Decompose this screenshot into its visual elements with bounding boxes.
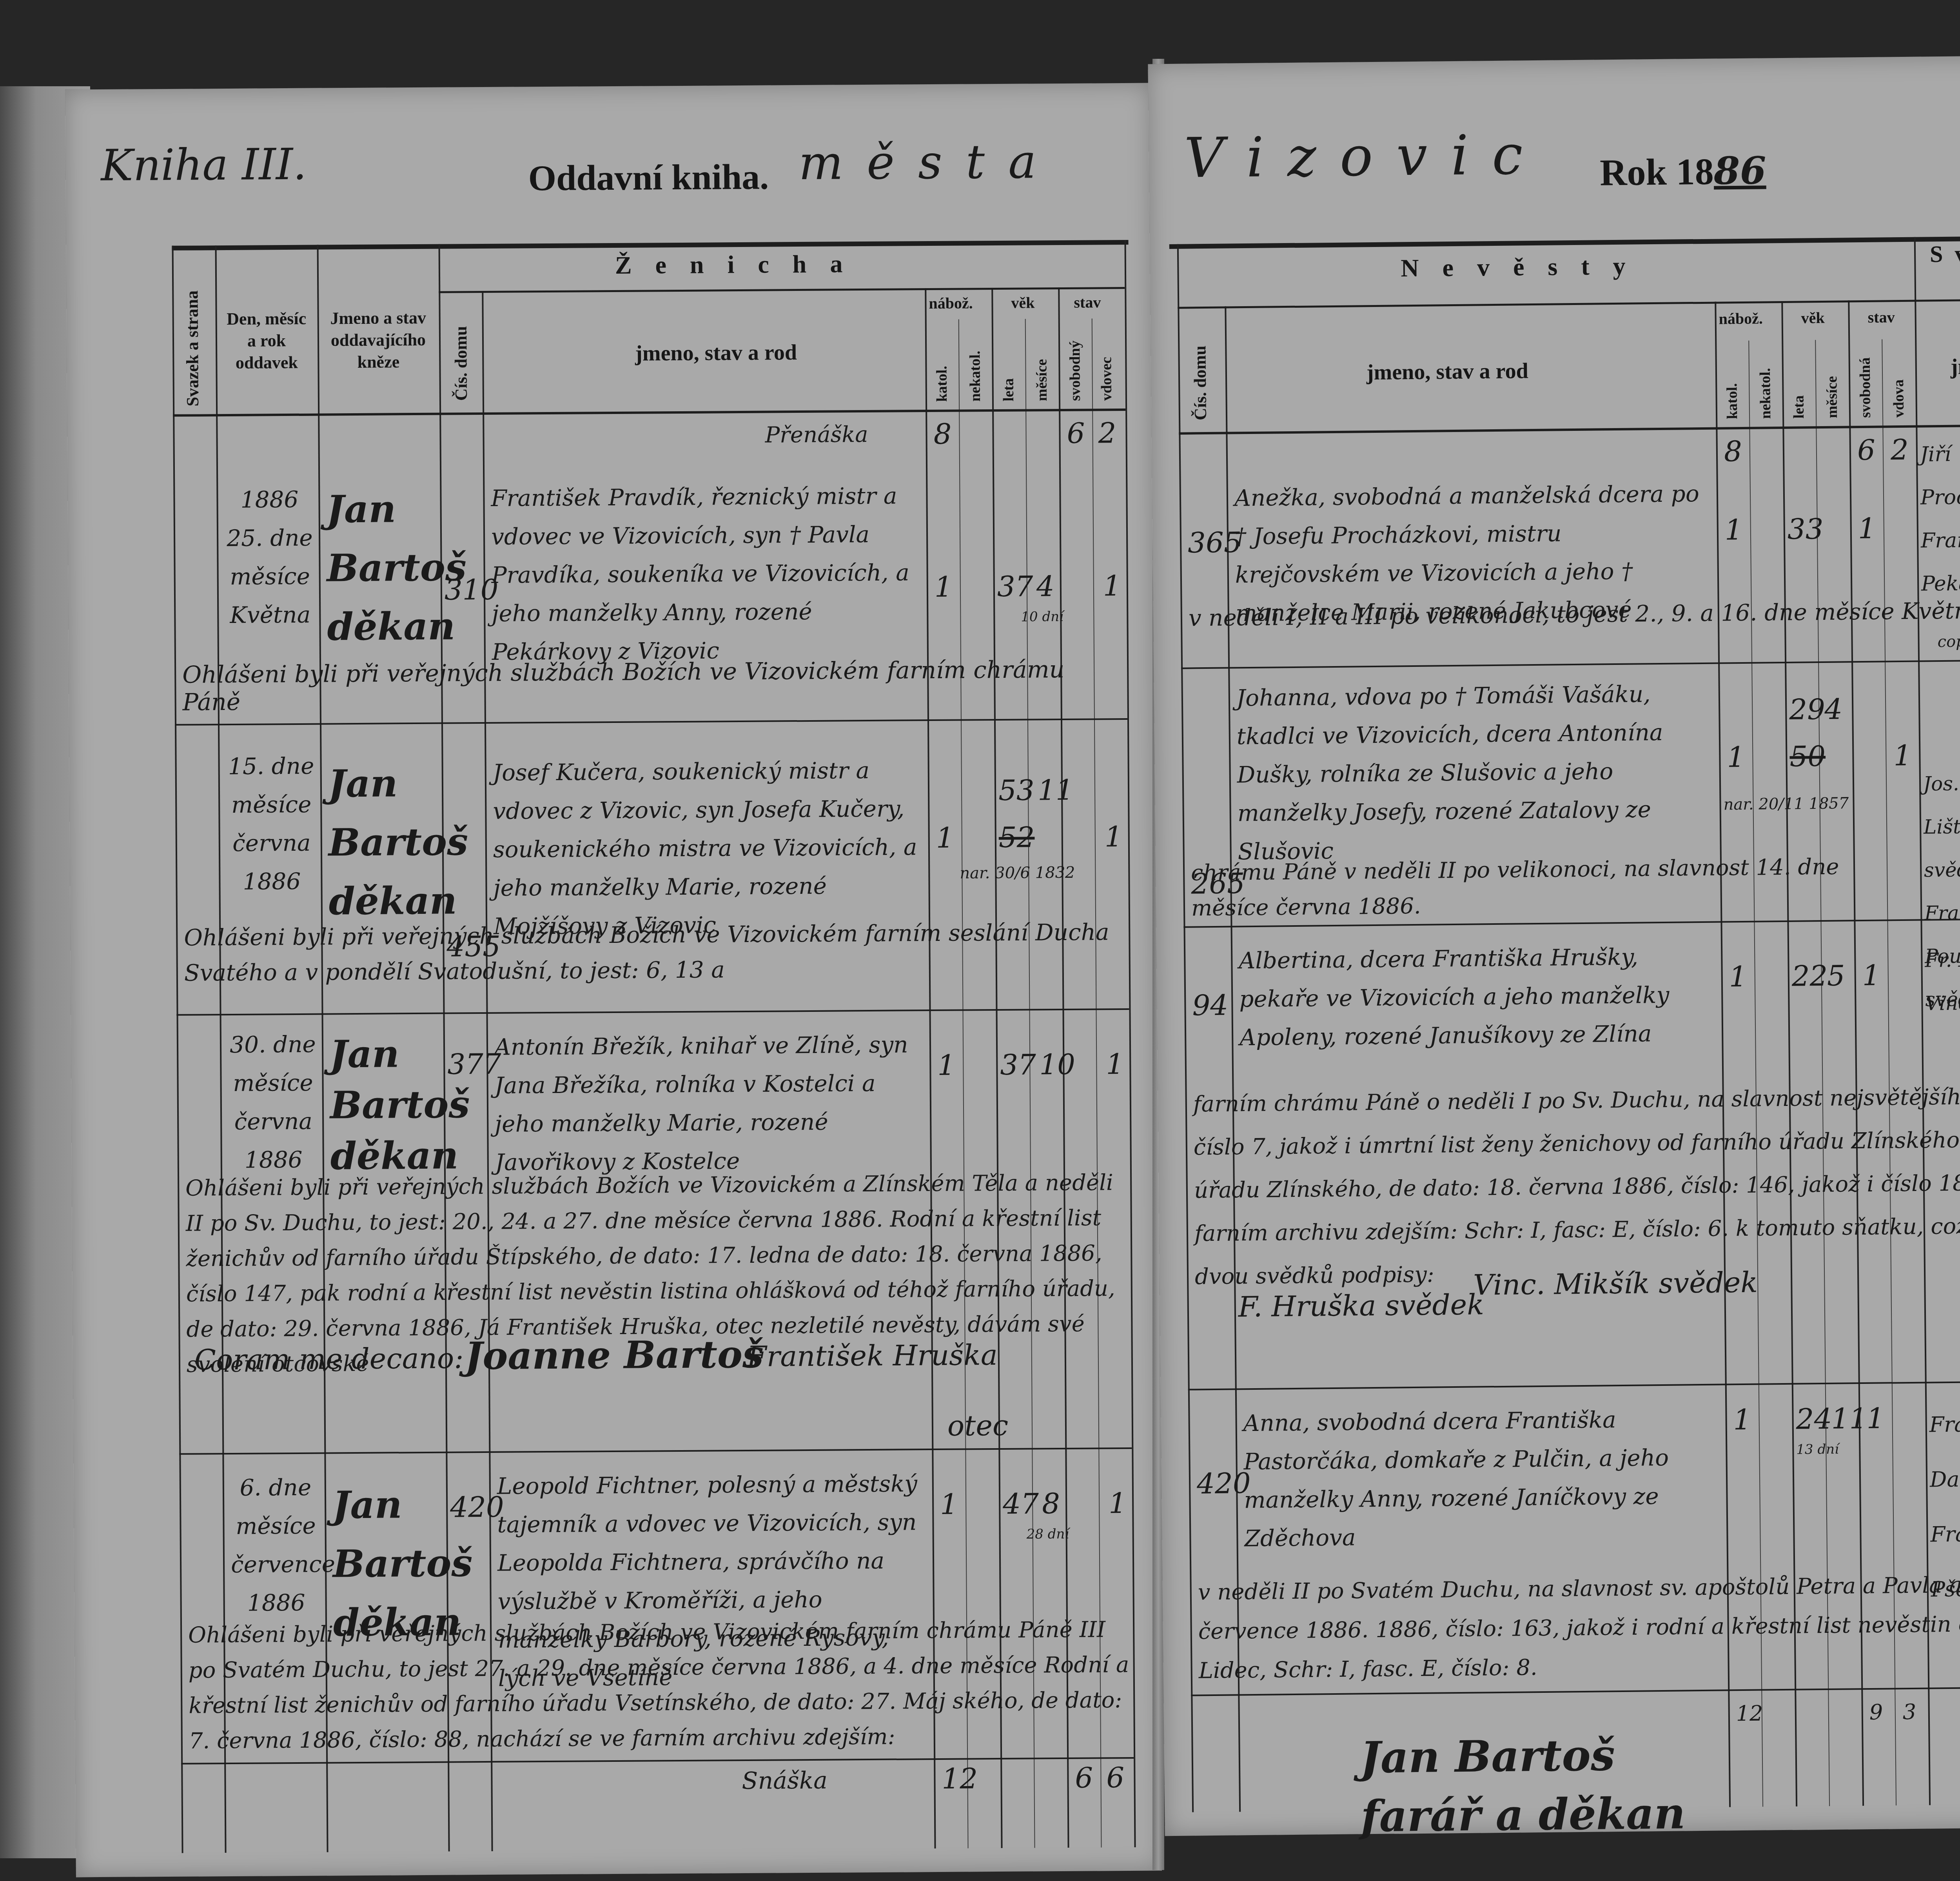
year-handwritten: 86 bbox=[1713, 148, 1766, 193]
entry-bride: Albertina, dcera Františka Hrušky, pekař… bbox=[1239, 937, 1718, 1057]
col-nekatol: nekatol. bbox=[966, 323, 984, 401]
col-vdova: vdova bbox=[1889, 339, 1907, 418]
entry-divider bbox=[1188, 1380, 1960, 1391]
entry-katol: 1 bbox=[936, 821, 954, 854]
table-top-rule bbox=[1169, 235, 1960, 249]
left-page: Kniha III. Oddavní kniha. města Ženicha … bbox=[65, 83, 1162, 1877]
entry-priest: Jan Bartoš děkan bbox=[328, 754, 439, 931]
col-mesice: měsíce bbox=[1033, 323, 1051, 401]
summary-vdovec: 6 bbox=[1106, 1761, 1124, 1794]
header-bottom-rule bbox=[1179, 423, 1960, 435]
priest-line: Jan bbox=[326, 479, 436, 539]
entry-note: copie dle oríg. Hlavačka bbox=[1937, 631, 1960, 651]
entry-banns: Ohlášeni byli při veřejných službách Bož… bbox=[184, 914, 1125, 991]
entry-mesice-note: 13 dní bbox=[1796, 1442, 1839, 1458]
date-line: Května bbox=[225, 596, 316, 634]
witness-name: Franc Pekárek bbox=[1921, 518, 1960, 605]
header-rule bbox=[439, 287, 1125, 293]
col-den-line: Den, měsíc bbox=[218, 308, 316, 330]
entry-priest: Jan Bartoš děkan bbox=[326, 479, 437, 657]
entry-divider bbox=[179, 1447, 1132, 1455]
year-printed: Rok 18 bbox=[1600, 151, 1714, 194]
col-age: věk bbox=[1011, 293, 1034, 312]
priest-line: Jan bbox=[328, 754, 438, 813]
date-line: 1886 bbox=[227, 862, 317, 901]
entry-katol: 1 bbox=[1724, 513, 1743, 546]
signature-father: František Hruška bbox=[747, 1338, 998, 1373]
entry-banns: Ohlášeni byli při veřejných službách Bož… bbox=[182, 655, 1123, 716]
entry-katol: 1 bbox=[935, 570, 953, 603]
entry-mesice: 8 bbox=[1042, 1487, 1060, 1520]
closing-signature: Jan Bartoš farář a děkan bbox=[1360, 1725, 1686, 1846]
date-line: 6. dne bbox=[230, 1468, 321, 1507]
col-house-no: Čís. domu bbox=[451, 314, 471, 401]
col-den: Den, měsíc a rok oddavek bbox=[218, 308, 316, 374]
col-katol: katol. bbox=[933, 323, 951, 402]
entry-witnesses: Fr. Hrubý Vinc. Mikšík bbox=[1925, 937, 1960, 1025]
col-border bbox=[1124, 240, 1136, 1847]
col-witness-name: jmeno bbox=[1951, 354, 1960, 379]
col-priest-line: Jmeno a stav bbox=[319, 307, 437, 330]
date-line: měsíce bbox=[228, 1064, 318, 1102]
priest-line: Bartoš bbox=[333, 1534, 443, 1594]
witness-section-header: Svědkův bbox=[1930, 239, 1960, 268]
place-name: Vizovic bbox=[1184, 123, 1546, 191]
priest-line: Bartoš bbox=[327, 538, 437, 598]
signature-priest: Joanne Bartoš bbox=[465, 1332, 764, 1378]
col-svobodny: svobodný bbox=[1066, 323, 1084, 401]
col-priest: Jmeno a stav oddavajícího kněze bbox=[319, 307, 437, 374]
entry-katol: 1 bbox=[1727, 741, 1745, 773]
entry-katol: 1 bbox=[937, 1049, 955, 1082]
entry-mesice-note: 28 dní bbox=[1027, 1526, 1069, 1542]
entry-leta-struck: 52 bbox=[999, 821, 1035, 854]
date-line: června bbox=[227, 824, 317, 862]
entry-divider bbox=[1181, 658, 1960, 669]
col-religion: nábož. bbox=[1719, 309, 1763, 328]
col-border bbox=[172, 246, 183, 1853]
entry-groom: František Pravdík, řeznický mistr a vdov… bbox=[491, 476, 923, 671]
entry-vdovec: 1 bbox=[1103, 569, 1121, 602]
entry-date: 15. dne měsíce června 1886 bbox=[226, 747, 317, 901]
priest-line: Jan bbox=[330, 1028, 440, 1080]
entry-divider bbox=[175, 718, 1127, 726]
carry-svobodna: 6 bbox=[1857, 434, 1876, 467]
date-line: 15. dne bbox=[226, 747, 316, 786]
priest-line: děkan bbox=[327, 597, 437, 657]
col-den-line: a rok bbox=[218, 330, 316, 352]
entry-banns-cont: farním chrámu Páně o neděli I po Sv. Duc… bbox=[1193, 1074, 1960, 1299]
header-bottom-rule bbox=[173, 409, 1125, 417]
date-line: 1886 bbox=[224, 480, 315, 519]
entry-date: 30. dne měsíce června 1886 bbox=[228, 1025, 319, 1179]
entry-leta: 53 bbox=[998, 773, 1034, 807]
date-line: 25. dne bbox=[225, 519, 315, 557]
col-katol: katol. bbox=[1723, 341, 1741, 419]
coram-line: Coram me decano: bbox=[194, 1342, 464, 1376]
signature-witness: Vinc. Mikšík svědek bbox=[1473, 1266, 1758, 1302]
right-page: Vizovic Rok 1886 Strana 76. Nevěsty Svěd… bbox=[1148, 54, 1960, 1836]
priest-line: Bartoš bbox=[328, 813, 438, 872]
entry-bride: Johanna, vdova po † Tomáši Vašáku, tkadl… bbox=[1236, 674, 1716, 871]
summary-vdova: 3 bbox=[1903, 1699, 1916, 1724]
witness-name: Jos. Lištovský svědek bbox=[1923, 761, 1960, 891]
col-name-status: jmeno, stav a rod bbox=[1367, 358, 1528, 385]
entry-vdovec: 1 bbox=[1106, 1048, 1124, 1080]
entry-groom: Antonín Břežík, knihař ve Zlíně, syn Jan… bbox=[494, 1025, 926, 1182]
entry-leta: 37 bbox=[997, 570, 1033, 603]
entry-katol: 1 bbox=[1733, 1403, 1751, 1436]
signature-father-label: otec bbox=[947, 1409, 1009, 1442]
col-status: stav bbox=[1867, 308, 1895, 327]
entry-house-no: 420 bbox=[450, 1491, 504, 1524]
col-leta: leta bbox=[1789, 340, 1808, 418]
col-den-line: oddavek bbox=[218, 352, 316, 374]
groom-section-header: Ženicha bbox=[615, 249, 866, 280]
table-top-rule bbox=[172, 240, 1129, 251]
col-nekatol: nekatol. bbox=[1756, 340, 1774, 419]
entry-leta: 37 bbox=[1000, 1048, 1036, 1081]
col-house-no: Čís. domu bbox=[1190, 330, 1210, 420]
carry-katol: 8 bbox=[1724, 435, 1742, 468]
entry-birth-note: nar. 30/6 1832 bbox=[960, 864, 1075, 882]
priest-line: Bartoš bbox=[330, 1079, 440, 1131]
entry-vdovec: 1 bbox=[1109, 1487, 1127, 1520]
witness-name: Vinc. Mikšík bbox=[1925, 980, 1960, 1025]
date-line: června bbox=[228, 1102, 319, 1141]
col-religion: nábož. bbox=[929, 294, 973, 312]
entry-svobodna: 1 bbox=[1862, 959, 1880, 992]
witness-name: František Daníček bbox=[1929, 1396, 1960, 1507]
priest-line: Jan bbox=[332, 1475, 443, 1535]
entry-bride: Anna, svobodná dcera Františka Pastorčák… bbox=[1243, 1400, 1723, 1558]
summary-katol: 12 bbox=[942, 1762, 978, 1795]
date-line: měsíce bbox=[226, 785, 317, 824]
carry-svobodny: 6 bbox=[1067, 417, 1085, 450]
entry-house-no: 420 bbox=[1197, 1467, 1251, 1500]
carry-vdova: 2 bbox=[1890, 433, 1909, 466]
col-priest-line: oddavajícího bbox=[319, 329, 437, 352]
entry-mesice: 4 bbox=[1036, 570, 1054, 603]
entry-leta: 24 bbox=[1796, 1402, 1832, 1436]
carry-vdovec: 2 bbox=[1098, 416, 1116, 449]
col-vdovec: vdovec bbox=[1098, 322, 1115, 401]
entry-date: 1886 25. dne měsíce Května bbox=[224, 480, 315, 634]
carry-katol: 8 bbox=[933, 418, 951, 450]
entry-mesice-note: 10 dní bbox=[1021, 609, 1063, 625]
witness-name: Fr. Hrubý bbox=[1925, 937, 1960, 982]
entry-banns: Ohlášeni byli při veřejných službách Bož… bbox=[188, 1612, 1130, 1759]
book-label: Kniha III. bbox=[101, 139, 307, 191]
date-line: měsíce bbox=[225, 557, 315, 596]
date-line: 30. dne bbox=[228, 1025, 318, 1064]
col-border bbox=[1177, 244, 1194, 1812]
summary-svobodny: 6 bbox=[1075, 1761, 1093, 1794]
entry-mesice: 11 bbox=[1831, 1402, 1867, 1435]
entry-katol: 1 bbox=[940, 1488, 958, 1521]
entry-house-no: 94 bbox=[1192, 989, 1228, 1022]
entry-leta: 47 bbox=[1003, 1487, 1039, 1520]
entry-banns-cont: chrámu Páně v neděli II po velikonoci, n… bbox=[1191, 849, 1897, 926]
title-handwritten: města bbox=[799, 134, 1060, 191]
entry-mesice: 4 bbox=[1824, 693, 1843, 726]
entry-house-no: 310 bbox=[445, 573, 499, 606]
entry-house-no: 377 bbox=[447, 1048, 501, 1081]
entry-priest: Jan Bartoš děkan bbox=[330, 1028, 440, 1182]
col-svazek: Svazek a strana bbox=[182, 292, 203, 406]
entry-svobodna: 1 bbox=[1858, 512, 1876, 545]
bride-section-header: Nevěsty bbox=[1401, 251, 1649, 283]
entry-banns-cont: v neděli II po Svatém Duchu, na slavnost… bbox=[1198, 1564, 1960, 1691]
entry-divider bbox=[177, 1008, 1129, 1016]
entry-mesice: 11 bbox=[1038, 773, 1074, 807]
col-status: stav bbox=[1074, 293, 1101, 311]
col-leta: leta bbox=[1000, 323, 1017, 401]
signature-witness: F. Hruška svědek bbox=[1238, 1288, 1484, 1323]
date-line: 1886 bbox=[231, 1583, 321, 1622]
register-spread: Kniha III. Oddavní kniha. města Ženicha … bbox=[0, 0, 1960, 1881]
entry-svobodna: 1 bbox=[1866, 1402, 1885, 1435]
entry-mesice: 10 bbox=[1039, 1048, 1075, 1081]
entry-date: 6. dne měsíce července 1886 bbox=[230, 1468, 321, 1622]
col-name-status: jmeno, stav a rod bbox=[635, 340, 797, 366]
year-label: Rok 1886 bbox=[1600, 148, 1766, 194]
entry-leta: 22 bbox=[1791, 959, 1828, 993]
closing-signature-title: farář a děkan bbox=[1361, 1784, 1686, 1846]
closing-signature-name: Jan Bartoš bbox=[1360, 1725, 1685, 1787]
entry-vdova: 1 bbox=[1893, 739, 1912, 772]
col-priest-line: kněze bbox=[319, 351, 437, 374]
entry-katol: 1 bbox=[1729, 960, 1747, 993]
col-mesice: měsíce bbox=[1823, 340, 1841, 418]
entry-house-no: 365 bbox=[1188, 526, 1242, 559]
entry-witnesses: Jiří Procházka Franc Pekárek bbox=[1920, 432, 1960, 605]
col-svobodna: svobodná bbox=[1856, 340, 1874, 418]
entry-divider bbox=[181, 1757, 1134, 1765]
entry-leta: 29 bbox=[1789, 693, 1825, 726]
witness-name: Jiří Procházka bbox=[1920, 432, 1960, 519]
entry-leta: 33 bbox=[1787, 512, 1823, 546]
entry-vdovec: 1 bbox=[1105, 820, 1123, 853]
entry-birth-note: nar. 20/11 1857 bbox=[1723, 794, 1849, 813]
summary-svobodna: 9 bbox=[1869, 1700, 1883, 1725]
title-printed: Oddavní kniha. bbox=[528, 156, 769, 199]
entry-leta-struck: 50 bbox=[1789, 740, 1826, 773]
date-line: července bbox=[231, 1545, 321, 1584]
col-age: věk bbox=[1801, 309, 1824, 327]
date-line: měsíce bbox=[230, 1507, 321, 1545]
carry-over-label: Přenáška bbox=[765, 422, 868, 448]
header-rule bbox=[1178, 298, 1960, 309]
entry-mesice: 5 bbox=[1827, 959, 1845, 992]
summary-label: Snáška bbox=[742, 1767, 828, 1795]
summary-katol: 12 bbox=[1736, 1701, 1763, 1726]
